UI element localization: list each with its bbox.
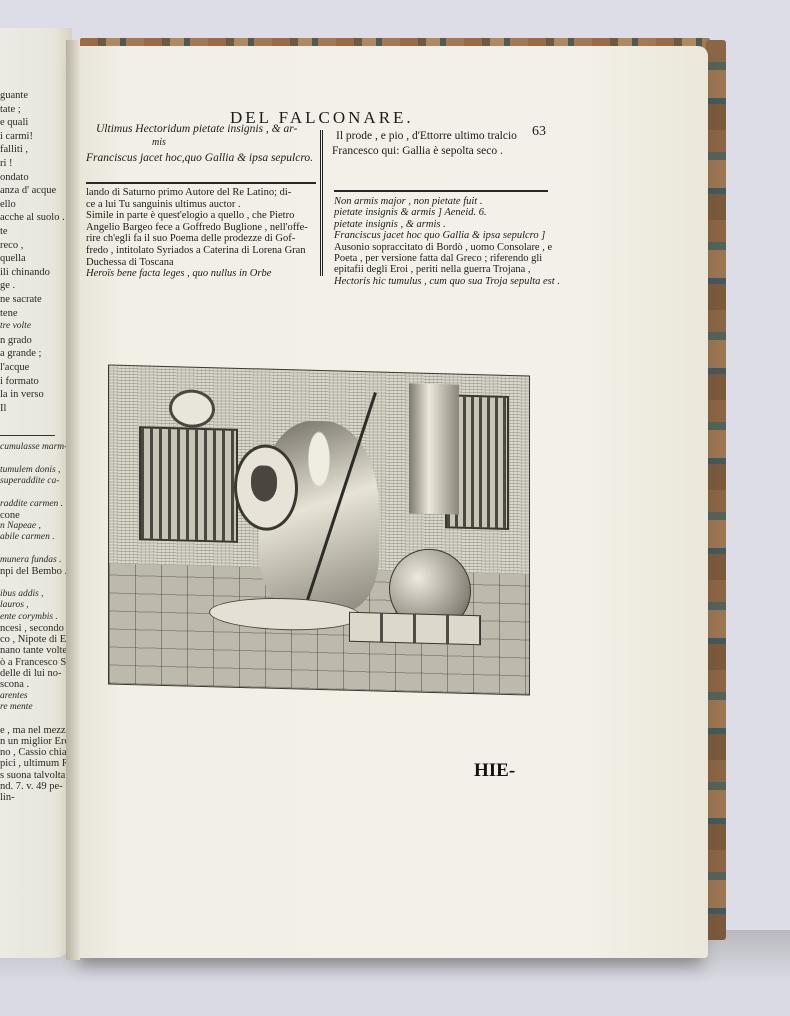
text-line: ente corymbis . xyxy=(0,612,58,623)
text-line: n grado xyxy=(0,335,32,346)
text-line: acche al suolo . xyxy=(0,212,65,223)
latin-verse-turnover: mis xyxy=(152,136,166,150)
text-line: ce a lui Tu sanguinis ultimus auctor . xyxy=(86,199,241,211)
text-line: ello xyxy=(0,199,16,210)
engraving-bookcase-left xyxy=(139,426,238,543)
text-line: lauros , xyxy=(0,600,29,611)
text-line: tre volte xyxy=(0,321,31,332)
text-line: Heroïs bene facta leges , quo nullus in … xyxy=(86,268,271,280)
text-line: reco , xyxy=(0,240,23,251)
text-line: la in verso xyxy=(0,389,44,400)
text-line: pietate insignis , & armis . xyxy=(334,219,446,231)
text-line: e quali xyxy=(0,117,28,128)
engraving-oval-frame xyxy=(169,389,215,428)
text-line: pici , ultimum Ro- xyxy=(0,758,72,769)
text-line: abile carmen . xyxy=(0,532,55,543)
text-line: munera fundas . xyxy=(0,555,62,566)
book-gutter xyxy=(66,40,80,960)
text-line: no , Cassio chiamò xyxy=(0,747,72,758)
text-line: npi del Bembo . xyxy=(0,566,67,577)
text-line: raddite carmen . xyxy=(0,499,63,510)
text-line: s suona talvolta xyxy=(0,770,65,781)
text-line: Poeta , per versione fatta dal Greco ; r… xyxy=(334,253,542,265)
text-line: a grande ; xyxy=(0,348,41,359)
text-line: co , Nipote di E- xyxy=(0,634,70,645)
engraving-eagle-shield-icon xyxy=(234,444,298,532)
text-line: tumulem donis , xyxy=(0,465,60,476)
text-line: lando di Saturno primo Autore del Re Lat… xyxy=(86,187,291,199)
text-line: ge . xyxy=(0,280,15,291)
text-line: fredo , intitolato Syriados a Caterina d… xyxy=(86,245,306,257)
engraved-vignette xyxy=(108,364,530,695)
text-line: Ausonio sopraccitato di Bordò , uomo Con… xyxy=(334,242,552,254)
text-line: tate ; xyxy=(0,104,21,115)
text-line: cumulasse marm- xyxy=(0,442,67,453)
text-line: nano tante volte xyxy=(0,645,67,656)
text-line: i formato xyxy=(0,376,39,387)
text-line: Simile in parte è quest'elogio a quello … xyxy=(86,210,294,222)
text-line: ncesi , secondo i xyxy=(0,623,69,634)
text-line: n Napeae , xyxy=(0,521,41,532)
text-line: ondato xyxy=(0,172,29,183)
text-line: superaddite ca- xyxy=(0,476,59,487)
catchword: HIE- xyxy=(474,760,515,782)
text-line: re mente xyxy=(0,702,33,713)
italian-verse-line-1: Il prode , e pio , d'Ettorre ultimo tral… xyxy=(336,129,517,143)
text-line: Duchessa di Toscana xyxy=(86,257,174,269)
engraving-books xyxy=(349,612,481,645)
text-line: cone xyxy=(0,510,20,521)
text-line: ne sacrate xyxy=(0,294,42,305)
text-line: l'acque xyxy=(0,362,29,373)
footnote-rule-right xyxy=(334,190,548,192)
text-line: tene xyxy=(0,308,18,319)
text-line: Il xyxy=(0,403,6,414)
text-line: arentes xyxy=(0,691,28,702)
text-line: Non armis major , non pietate fuit . xyxy=(334,196,482,208)
text-line: e , ma nel mezzo , xyxy=(0,725,72,736)
text-line: falliti , xyxy=(0,144,28,155)
column-divider xyxy=(320,130,323,276)
engraving-column xyxy=(409,383,459,514)
page-number: 63 xyxy=(532,124,546,140)
text-line: i carmi! xyxy=(0,131,33,142)
left-page: guantetate ;e qualii carmi! falliti ,ri … xyxy=(0,28,72,958)
latin-verse-line-1: Ultimus Hectoridum pietate insignis , & … xyxy=(96,122,297,136)
text-line: anza d' acque xyxy=(0,185,56,196)
latin-verse-line-2: Franciscus jacet hoc,quo Gallia & ipsa s… xyxy=(86,151,313,165)
text-line: nd. 7. v. 49 pe- xyxy=(0,781,63,792)
text-line: te xyxy=(0,226,8,237)
text-line: Hectoris hic tumulus , cum quo sua Troja… xyxy=(334,276,560,288)
text-line: scona . xyxy=(0,679,29,690)
text-line: n un miglior Eroe xyxy=(0,736,72,747)
text-line: Angelio Bargeo fece a Goffredo Buglione … xyxy=(86,222,308,234)
text-line: pietate insignis & armis ] Aeneid. 6. xyxy=(334,207,487,219)
text-line: quella xyxy=(0,253,26,264)
text-line: ò a Francesco S- xyxy=(0,657,70,668)
text-line: Franciscus jacet hoc quo Gallia & ipsa s… xyxy=(334,230,545,242)
text-line: delle di lui no- xyxy=(0,668,62,679)
text-line: ili chinando xyxy=(0,267,50,278)
footnote-rule-left xyxy=(86,182,316,184)
footnote-rule xyxy=(0,435,55,436)
text-line: ri ! xyxy=(0,158,13,169)
marbled-edge-right xyxy=(706,40,726,940)
text-line: guante xyxy=(0,90,28,101)
text-line: epitafii degli Eroi , periti nella guerr… xyxy=(334,264,531,276)
italian-verse-line-2: Francesco qui: Gallia è sepolta seco . xyxy=(332,144,503,158)
text-line: rire ch'egli fa il suo Poema delle prode… xyxy=(86,233,295,245)
text-line: ibus addis , xyxy=(0,589,44,600)
text-line: lin- xyxy=(0,792,15,803)
